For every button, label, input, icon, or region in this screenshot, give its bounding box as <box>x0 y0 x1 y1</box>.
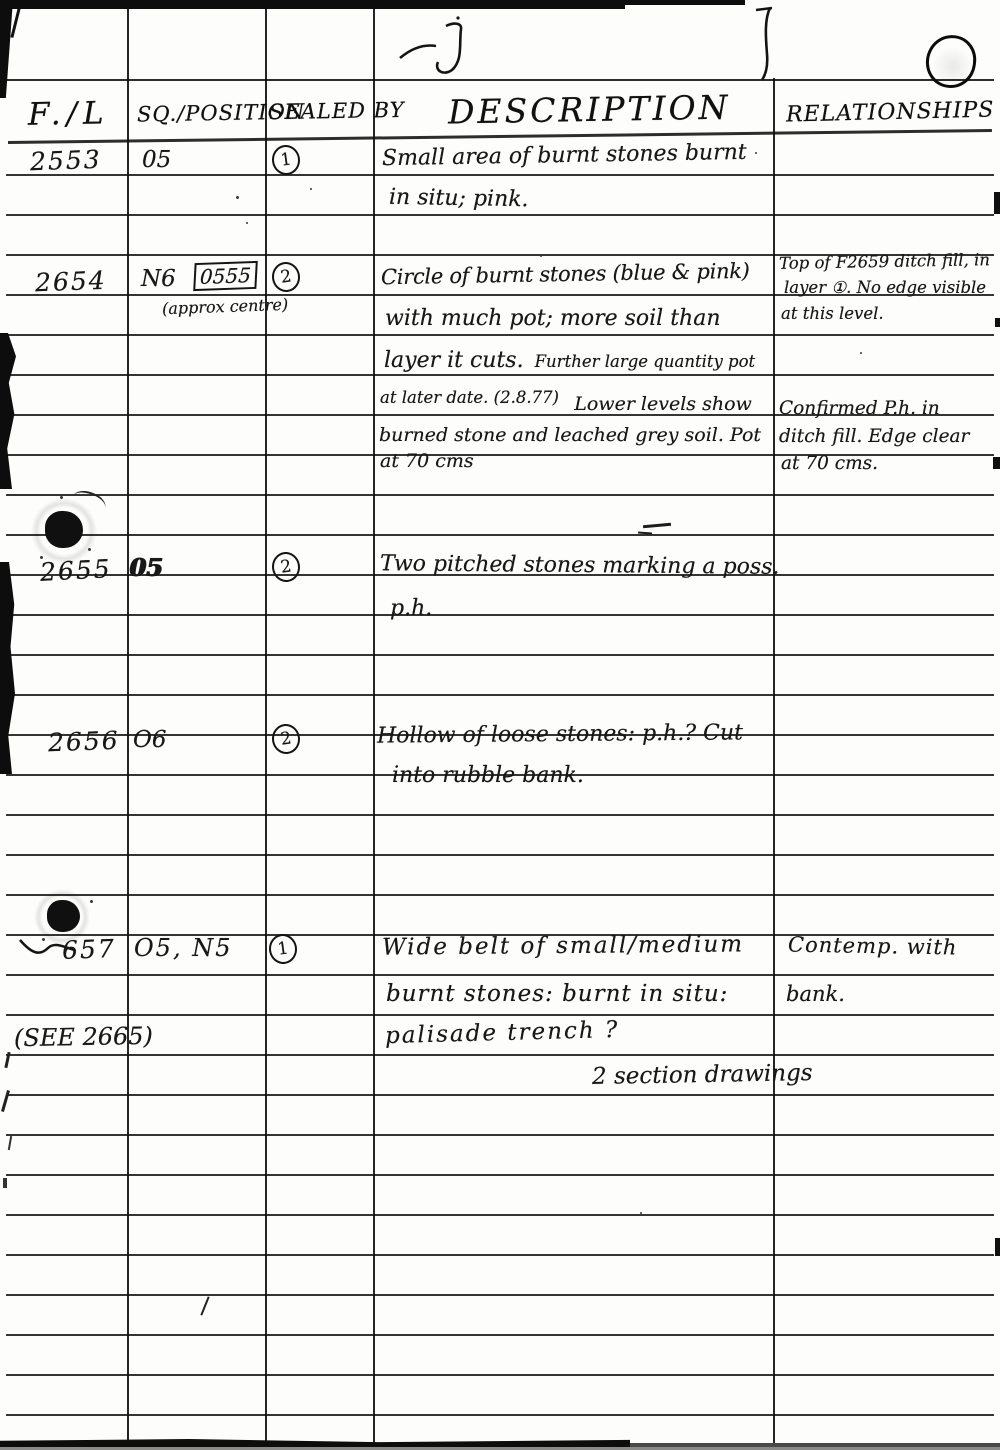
relationship-line: ditch fill. Edge clear <box>779 426 969 447</box>
square-position: O5, N5 <box>134 934 232 962</box>
scan-bar-top <box>0 0 625 9</box>
scan-speck <box>860 352 862 354</box>
scan-speck <box>88 548 91 551</box>
sealed-by-value: 1 <box>269 934 297 964</box>
header-relationships: RELATIONSHIPS <box>786 97 995 127</box>
description-line: in situ; pink. <box>389 185 529 212</box>
hole-punch <box>47 900 80 932</box>
fl-cross-reference: (SEE 2665) <box>14 1022 153 1052</box>
sealed-by-value: 2 <box>272 724 300 754</box>
top-rule-line <box>6 79 994 81</box>
description-text-small: Further large quantity pot <box>535 352 756 371</box>
header-fl: F./L <box>28 95 110 132</box>
scan-corner-top-left <box>0 0 13 98</box>
square-position: 05 <box>142 147 171 173</box>
circled-number: 1 <box>270 143 302 177</box>
description-line: Small area of burnt stones burnt <box>382 140 747 171</box>
scan-speck <box>42 938 45 941</box>
scan-speck <box>236 196 239 199</box>
description-text-small: at later date. (2.8.77) <box>380 388 559 407</box>
description-line: layer it cuts. Further large quantity po… <box>384 348 755 373</box>
description-line: p.h. <box>390 596 432 621</box>
relationship-line: layer ①. No edge visible <box>784 278 986 297</box>
description-text: Lower levels show <box>574 393 752 415</box>
scan-speck <box>60 496 63 499</box>
hand-drawn-circle-mark <box>923 32 980 91</box>
sealed-by-value: 1 <box>272 145 300 175</box>
relationship-line: Confirmed P.h. in <box>779 398 940 419</box>
description-text: layer it cuts. <box>384 348 524 373</box>
header-underline <box>8 129 992 144</box>
scanned-record-sheet: F./L SQ./POSITION SEALED BY DESCRIPTION … <box>0 0 1000 1450</box>
description-line: burned stone and leached grey soil. Pot <box>379 424 761 446</box>
fl-number: 2656 <box>48 726 121 757</box>
scan-speck <box>310 188 312 190</box>
scan-speck <box>90 900 93 903</box>
column-line-3 <box>373 0 375 1446</box>
scan-tick-right <box>994 192 1000 214</box>
fl-number: 2654 <box>35 266 108 297</box>
relationship-line: Top of F2659 ditch fill, in <box>779 250 990 273</box>
description-line: Hollow of loose stones: p.h.? Cut <box>377 720 743 748</box>
header-sealed-by: SEALED BY <box>269 98 405 124</box>
column-line-1 <box>127 0 129 1446</box>
sealed-by-value: 2 <box>272 262 300 292</box>
relationship-line: bank. <box>786 982 845 1006</box>
description-line: at 70 cms <box>380 450 474 472</box>
scan-tick-right <box>993 457 1000 469</box>
scan-speck <box>755 152 757 154</box>
column-line-4 <box>773 78 775 1446</box>
description-line: with much pot; more soil than <box>385 306 721 331</box>
square-position: 05 <box>129 553 162 582</box>
square-position: N6 <box>141 266 176 292</box>
scan-speck <box>640 1212 642 1214</box>
relationship-line: at this level. <box>781 304 884 323</box>
description-line: Wide belt of small/medium <box>382 931 744 960</box>
scan-bar-top-thin <box>625 0 745 5</box>
layer-number-box: 0555 <box>193 261 258 291</box>
description-line: at later date. (2.8.77) Lower levels sho… <box>380 386 752 408</box>
pen-bracket-mark <box>750 6 780 82</box>
header-description: DESCRIPTION <box>448 88 731 132</box>
relationship-line: at 70 cms. <box>781 453 878 474</box>
square-position: O6 <box>133 727 167 753</box>
scan-speck <box>40 556 43 559</box>
column-line-2 <box>265 0 267 1446</box>
fl-number: 2553 <box>30 145 103 176</box>
relationship-line: Contemp. with <box>788 933 958 960</box>
hole-punch <box>45 511 83 548</box>
circled-number: 2 <box>270 550 302 584</box>
pen-tick-mark <box>3 1178 7 1188</box>
sealed-by-value: 2 <box>272 552 300 582</box>
description-line: burnt stones: burnt in situ: <box>386 981 728 1007</box>
pen-squiggle-tj-mark <box>388 14 498 80</box>
circled-number: 2 <box>270 260 302 294</box>
scan-speck <box>540 255 542 257</box>
description-line: into rubble bank. <box>392 763 584 788</box>
description-line: 2 section drawings <box>592 1060 813 1090</box>
circled-number: 2 <box>270 722 302 756</box>
scan-tick-right <box>995 1238 1000 1256</box>
circled-number: 1 <box>267 932 299 966</box>
description-line: Two pitched stones marking a poss. <box>380 551 780 579</box>
scan-tick-right <box>995 318 1000 327</box>
scan-speck <box>246 222 248 224</box>
